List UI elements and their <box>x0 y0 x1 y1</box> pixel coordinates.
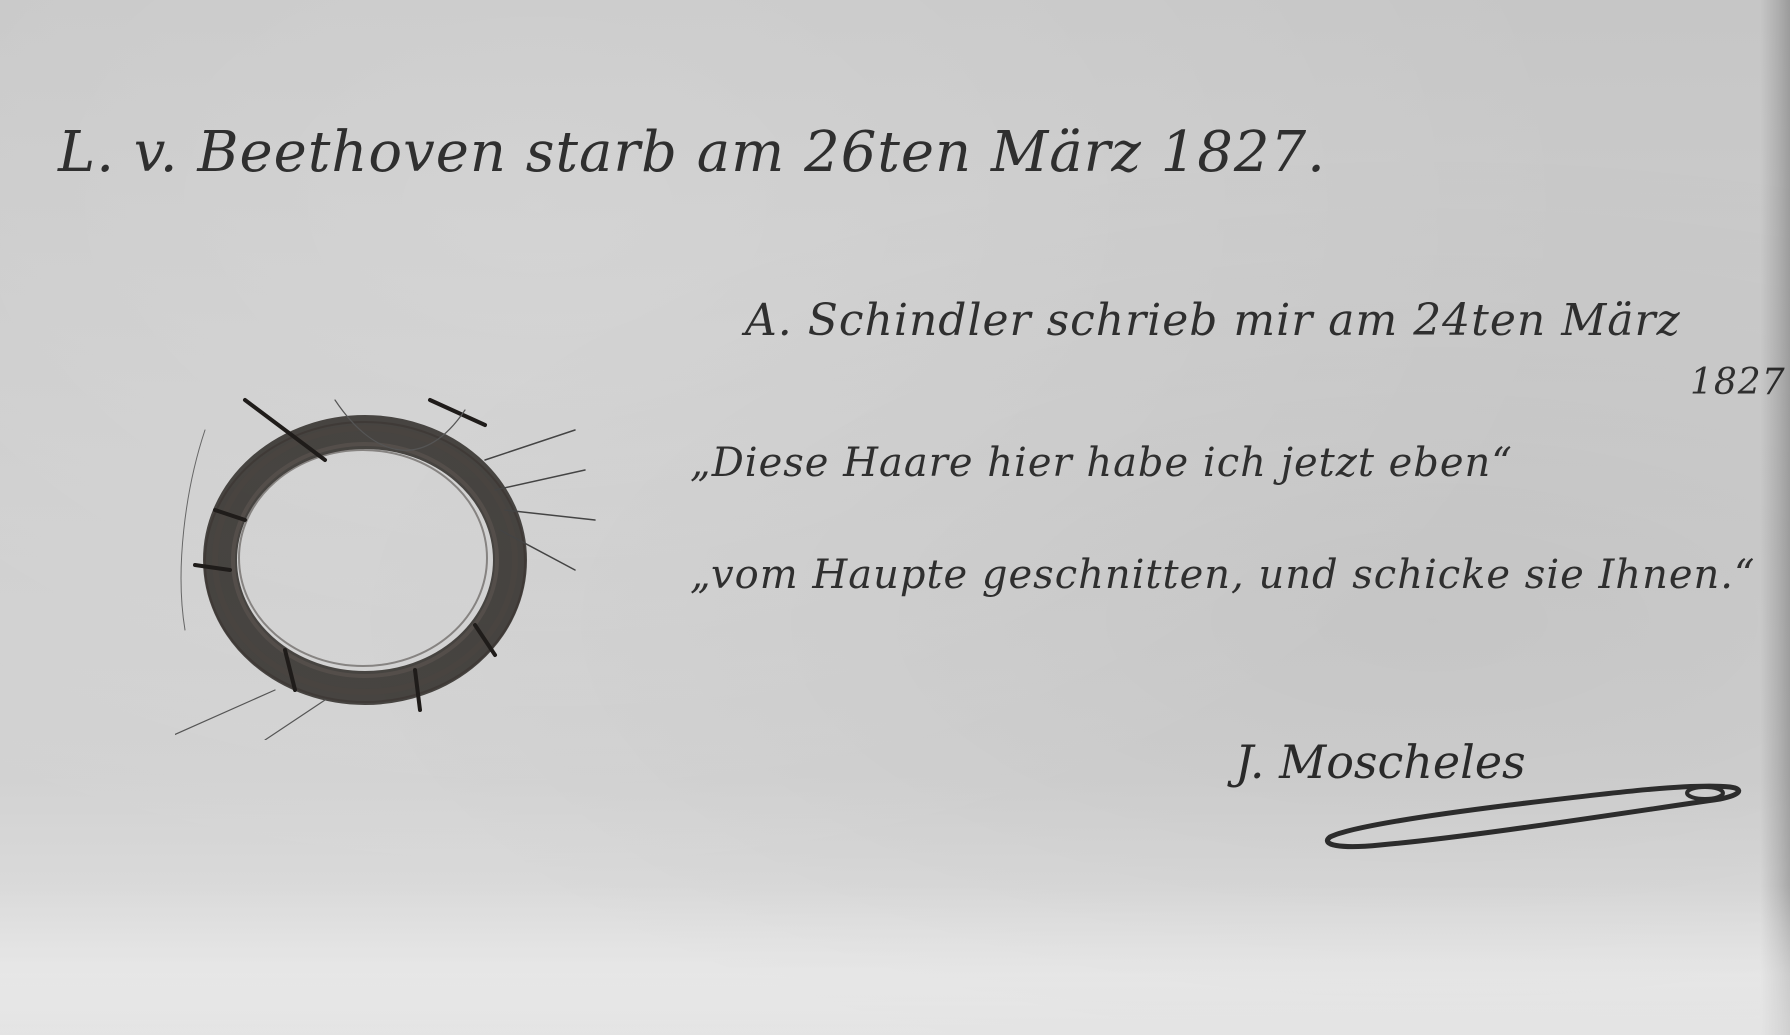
heading-line-death-date: L. v. Beethoven starb am 26ten März 1827… <box>58 120 1326 185</box>
paper-edge-shadow <box>1760 0 1790 1035</box>
quote-line-1: „Diese Haare hier habe ich jetzt eben“ <box>690 440 1513 486</box>
quote-line-2: „vom Haupte geschnitten, und schicke sie… <box>690 552 1755 598</box>
line-schindler-wrote: A. Schindler schrieb mir am 24ten März <box>745 295 1681 346</box>
signature-flourish-icon <box>1310 775 1750 855</box>
paper-bottom-margin <box>0 885 1790 1035</box>
document-page: L. v. Beethoven starb am 26ten März 1827… <box>0 0 1790 1035</box>
hair-lock-icon <box>175 370 605 740</box>
